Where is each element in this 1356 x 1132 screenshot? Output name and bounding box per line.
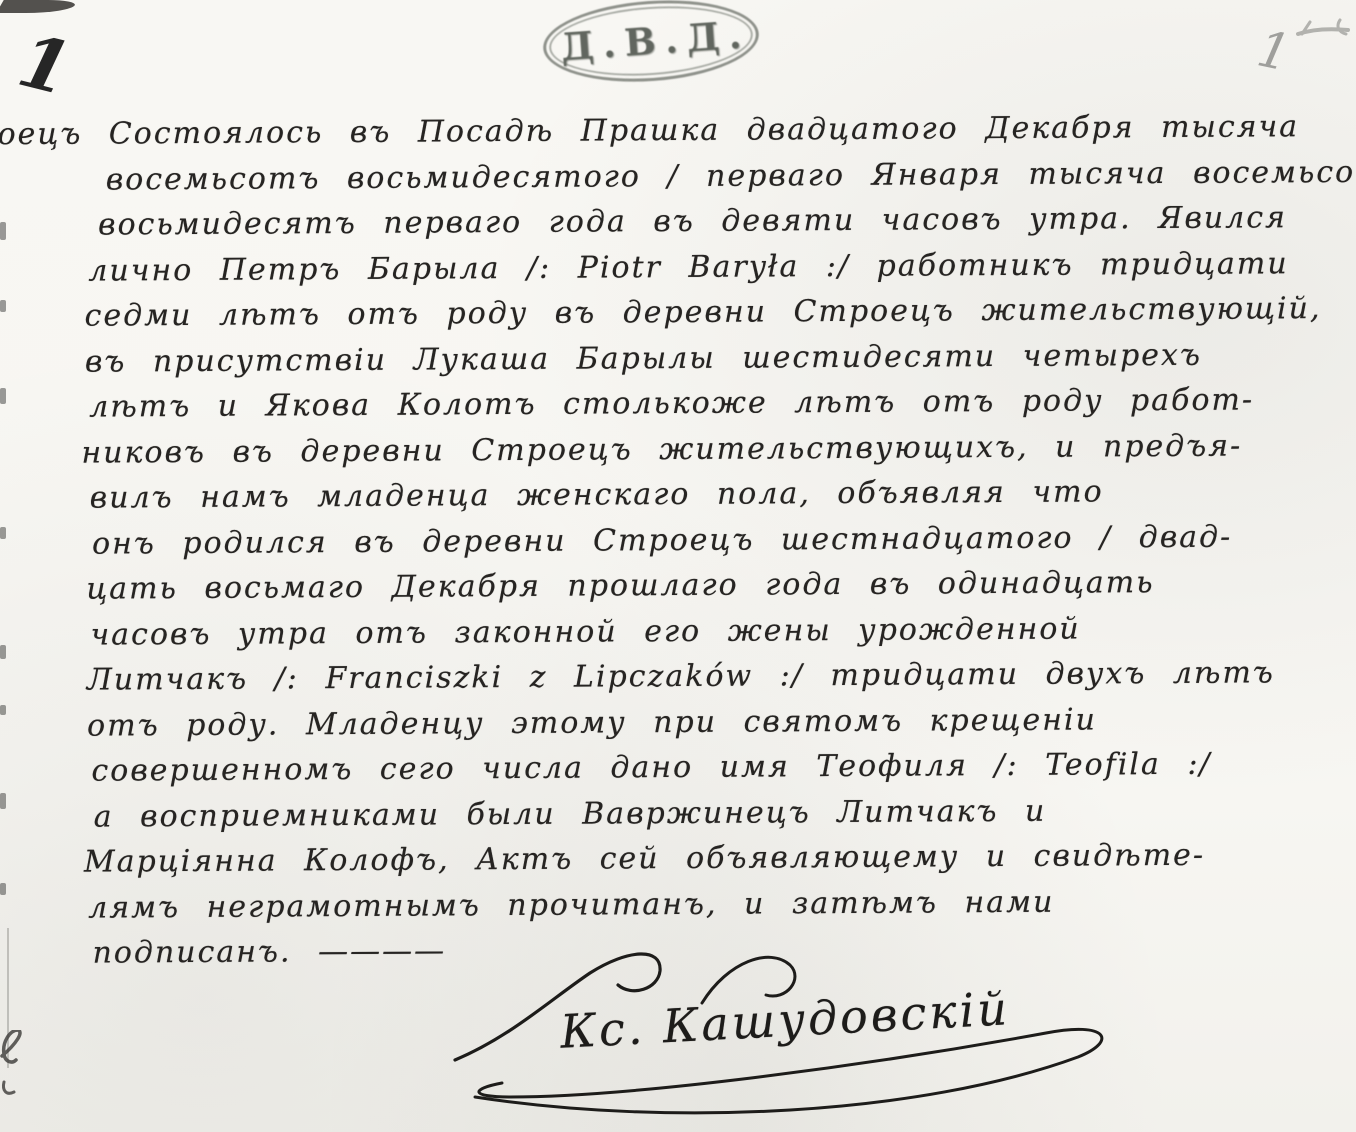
manuscript-line: седми лѣтъ отъ роду въ деревни Строецъ ж… (84, 286, 1354, 339)
scan-artifact (0, 1030, 30, 1100)
manuscript-line: лично Петръ Барыла /: Piotr Baryła :/ ра… (88, 240, 1354, 293)
manuscript-line: Марціянна Колофъ, Актъ сей объявляющему … (84, 832, 1356, 885)
page-number-left: 1 (10, 17, 79, 112)
manuscript-line: вилъ намъ младенца женскаго пола, объявл… (90, 468, 1356, 521)
manuscript-line: цать восьмаго Декабря прошлаго года въ о… (86, 559, 1356, 612)
scan-artifact (1296, 18, 1352, 44)
priest-signature: Кс. Кашудовскій (440, 945, 1160, 1130)
manuscript-line: Литчакъ /: Franciszki z Lipczaków :/ три… (87, 650, 1356, 703)
manuscript-line: въ присутствіи Лукаша Барылы шестидесяти… (85, 331, 1355, 384)
manuscript-line: часовъ утра отъ законной его жены урожде… (90, 604, 1356, 657)
manuscript-line: онъ родился въ деревни Строецъ шестнадца… (92, 513, 1356, 566)
scan-artifact (0, 0, 78, 13)
page-number-right: 1 (1252, 19, 1295, 82)
registrar-stamp: Д.В.Д. (540, 0, 761, 88)
manuscript-line: оецъ Состоялось въ Посадѣ Прашка двадцат… (0, 104, 1354, 158)
scanned-document-page: 1 1 Д.В.Д. оецъ Состоялось въ Посадѣ Пра… (0, 0, 1356, 1132)
stamp-text: Д.В.Д. (550, 12, 751, 70)
manuscript-line: отъ роду. Младенцу этому при святомъ кре… (87, 695, 1356, 748)
manuscript-line: совершенномъ сего числа дано имя Теофиля… (91, 741, 1356, 794)
manuscript-line: восьмидесятъ перваго года въ девяти часо… (98, 195, 1354, 248)
manuscript-line: никовъ въ деревни Строецъ жительствующих… (81, 422, 1355, 475)
manuscript-text: оецъ Состоялось въ Посадѣ Прашка двадцат… (0, 104, 1356, 977)
manuscript-line: лямъ неграмотнымъ прочитанъ, и затѣмъ на… (88, 877, 1356, 930)
manuscript-line: лѣтъ и Якова Колотъ столькоже лѣтъ отъ р… (89, 377, 1355, 430)
manuscript-line: восемьсотъ восьмидесятого / перваго Янва… (106, 149, 1354, 202)
manuscript-line: а восприемниками были Вавржинецъ Литчакъ… (94, 786, 1356, 839)
